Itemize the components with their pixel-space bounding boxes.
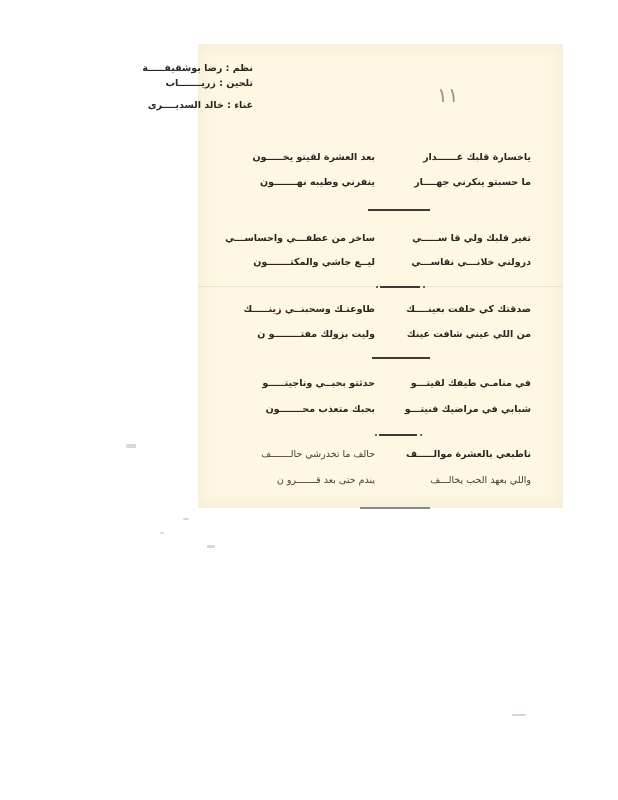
divider-dot bbox=[420, 434, 422, 436]
lyrics-credit: نظم : رضا بوشقيفـــــة bbox=[142, 63, 253, 74]
scan-speck bbox=[183, 518, 189, 520]
divider-dot bbox=[423, 286, 425, 288]
verse-left: بحبك متعذب محـــــــون bbox=[266, 404, 375, 415]
stanza-divider bbox=[379, 434, 417, 436]
verse-left: ليــع جاشي والمكتـــــــون bbox=[253, 257, 375, 268]
scan-speck bbox=[126, 444, 136, 448]
scan-speck bbox=[512, 714, 526, 716]
page-number: ١١ bbox=[437, 83, 458, 107]
verse-right: تغير قلبك ولي قا ســـــي bbox=[412, 233, 531, 244]
scan-speck bbox=[207, 545, 215, 548]
lyrics-sheet bbox=[198, 44, 563, 508]
singer-credit: غناء : خالد السديــــرى bbox=[148, 100, 253, 111]
stanza-divider bbox=[360, 507, 430, 509]
verse-left: طاوعتـك وسحبنــي زينـــــك bbox=[244, 304, 375, 315]
stanza-divider bbox=[372, 357, 430, 359]
divider-dot bbox=[376, 286, 378, 288]
stanza-divider bbox=[380, 286, 420, 288]
verse-right: واللي بعهد الحب يخالـــف bbox=[430, 475, 531, 486]
composer-credit: تلحين : زريـــــــاب bbox=[166, 78, 253, 89]
verse-left: يندم حتى بعد قـــــــرو ن bbox=[277, 475, 375, 486]
verse-right: ما حسبتو ينكرني جهــــار bbox=[414, 177, 531, 188]
verse-left: ينفرني وطيبه نهـــــــون bbox=[260, 177, 375, 188]
verse-left: حالف ما تخدرشي حالـــــــف bbox=[261, 449, 375, 460]
stanza-divider bbox=[368, 209, 430, 211]
verse-left: ساخر من عطفـــي واحساســـي bbox=[225, 233, 375, 244]
verse-right: من اللي عيني شافت عينك bbox=[407, 329, 531, 340]
verse-left: وليت بزولك مفتــــــــو ن bbox=[257, 329, 375, 340]
verse-right: في منامـي طيفك لقيتـــو bbox=[411, 378, 531, 389]
verse-right: ناطبعي بالعشرة موالـــــف bbox=[406, 449, 531, 460]
verse-left: بعد العشرة لقيتو يخـــــون bbox=[252, 152, 375, 163]
verse-left: حدثتو بحبــي وناجيتـــــو bbox=[262, 378, 375, 389]
verse-right: درولني خلانـــي نقاســـي bbox=[411, 257, 531, 268]
divider-dot bbox=[375, 434, 377, 436]
scan-speck bbox=[160, 532, 164, 534]
verse-right: صدقتك كي حلفت بعينــــك bbox=[406, 304, 531, 315]
verse-right: ياخسارة قلبك غــــــدار bbox=[423, 152, 531, 163]
verse-right: شبابي في مراضيك فنيتـــو bbox=[405, 404, 531, 415]
